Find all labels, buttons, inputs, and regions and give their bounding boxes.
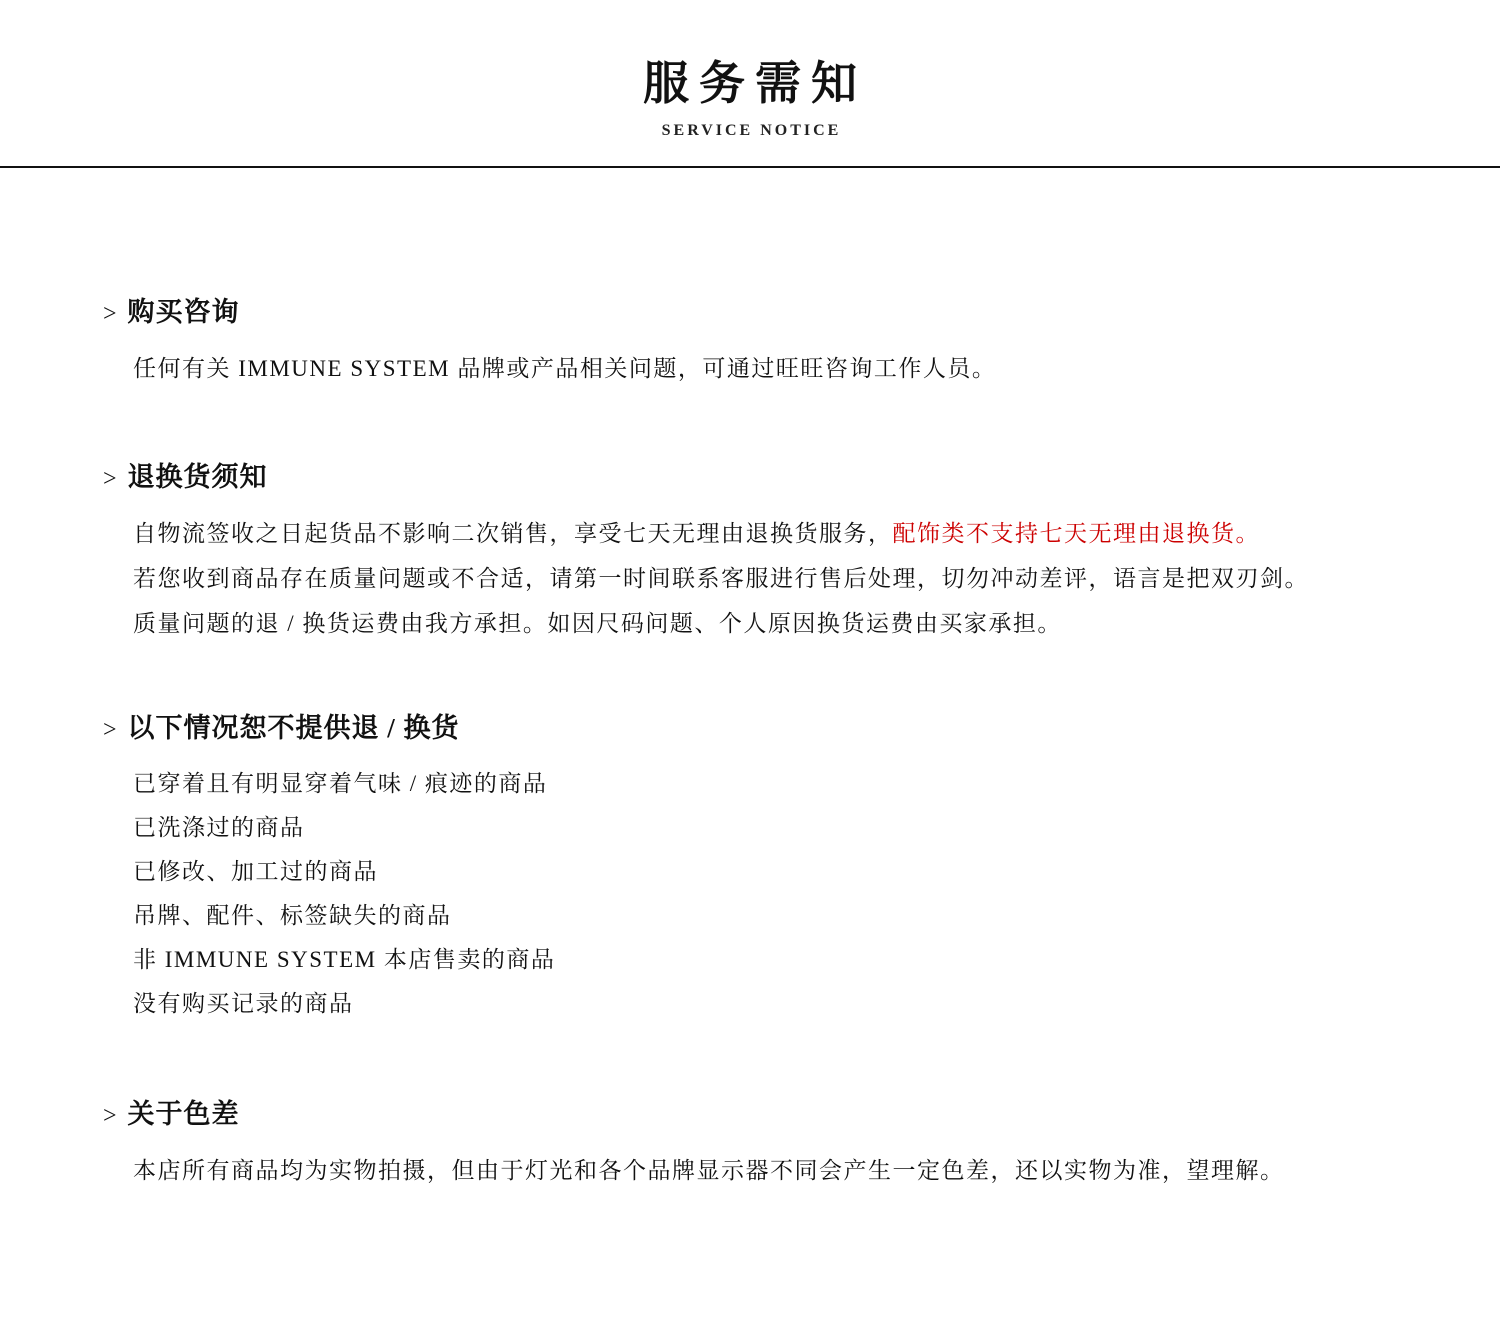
- text-line: 已修改、加工过的商品: [133, 850, 1410, 894]
- section-lines: 自物流签收之日起货品不影响二次销售，享受七天无理由退换货服务，配饰类不支持七天无…: [133, 511, 1410, 646]
- text-line: 已洗涤过的商品: [133, 806, 1410, 850]
- page-subtitle: SERVICE NOTICE: [0, 121, 1500, 140]
- text-line: 若您收到商品存在质量问题或不合适，请第一时间联系客服进行售后处理，切勿冲动差评，…: [133, 556, 1410, 601]
- heading-text: 关于色差: [128, 1096, 240, 1132]
- heading-text: 购买咨询: [128, 294, 240, 330]
- text-segment: 非 IMMUNE SYSTEM 本店售卖的商品: [133, 947, 555, 972]
- text-segment: 吊牌、配件、标签缺失的商品: [133, 903, 452, 928]
- heading-marker: >: [103, 461, 118, 497]
- section-about-color-difference: >关于色差本店所有商品均为实物拍摄，但由于灯光和各个品牌显示器不同会产生一定色差…: [103, 1096, 1410, 1193]
- text-line: 非 IMMUNE SYSTEM 本店售卖的商品: [133, 938, 1410, 982]
- text-line: 吊牌、配件、标签缺失的商品: [133, 894, 1410, 938]
- text-line: 没有购买记录的商品: [133, 982, 1410, 1026]
- page-title: 服务需知: [0, 56, 1500, 111]
- text-segment: 自物流签收之日起货品不影响二次销售，享受七天无理由退换货服务，: [133, 521, 893, 546]
- text-segment: 没有购买记录的商品: [133, 991, 354, 1016]
- text-segment: 质量问题的退 / 换货运费由我方承担。如因尺码问题、个人原因换货运费由买家承担。: [133, 611, 1062, 636]
- sections-container: >购买咨询任何有关 IMMUNE SYSTEM 品牌或产品相关问题，可通过旺旺咨…: [0, 294, 1500, 1193]
- heading-marker: >: [103, 296, 118, 332]
- text-line: 任何有关 IMMUNE SYSTEM 品牌或产品相关问题，可通过旺旺咨询工作人员…: [133, 346, 1410, 391]
- text-segment: 若您收到商品存在质量问题或不合适，请第一时间联系客服进行售后处理，切勿冲动差评，…: [133, 566, 1309, 591]
- heading-text: 退换货须知: [128, 459, 268, 495]
- header: 服务需知 SERVICE NOTICE: [0, 0, 1500, 168]
- section-heading-about-color-difference: >关于色差: [103, 1096, 1410, 1134]
- text-segment: 任何有关 IMMUNE SYSTEM 品牌或产品相关问题，可通过旺旺咨询工作人员…: [133, 356, 996, 381]
- section-heading-purchase-consult: >购买咨询: [103, 294, 1410, 332]
- section-lines: 本店所有商品均为实物拍摄，但由于灯光和各个品牌显示器不同会产生一定色差，还以实物…: [133, 1148, 1410, 1193]
- section-return-exchange-notice: >退换货须知自物流签收之日起货品不影响二次销售，享受七天无理由退换货服务，配饰类…: [103, 459, 1410, 646]
- text-segment: 已洗涤过的商品: [133, 815, 305, 840]
- section-no-return-cases: >以下情况恕不提供退 / 换货已穿着且有明显穿着气味 / 痕迹的商品已洗涤过的商…: [103, 710, 1410, 1026]
- service-notice-page: 服务需知 SERVICE NOTICE >购买咨询任何有关 IMMUNE SYS…: [0, 0, 1500, 1317]
- text-segment: 已穿着且有明显穿着气味 / 痕迹的商品: [133, 771, 547, 796]
- heading-text: 以下情况恕不提供退 / 换货: [128, 710, 460, 746]
- heading-marker: >: [103, 1098, 118, 1134]
- heading-marker: >: [103, 712, 118, 748]
- text-line: 质量问题的退 / 换货运费由我方承担。如因尺码问题、个人原因换货运费由买家承担。: [133, 601, 1410, 646]
- section-lines: 任何有关 IMMUNE SYSTEM 品牌或产品相关问题，可通过旺旺咨询工作人员…: [133, 346, 1410, 391]
- section-purchase-consult: >购买咨询任何有关 IMMUNE SYSTEM 品牌或产品相关问题，可通过旺旺咨…: [103, 294, 1410, 391]
- text-segment: 已修改、加工过的商品: [133, 859, 378, 884]
- section-lines: 已穿着且有明显穿着气味 / 痕迹的商品已洗涤过的商品已修改、加工过的商品吊牌、配…: [133, 762, 1410, 1026]
- highlighted-text-segment: 配饰类不支持七天无理由退换货。: [893, 521, 1261, 546]
- text-line: 已穿着且有明显穿着气味 / 痕迹的商品: [133, 762, 1410, 806]
- section-heading-return-exchange-notice: >退换货须知: [103, 459, 1410, 497]
- text-line: 自物流签收之日起货品不影响二次销售，享受七天无理由退换货服务，配饰类不支持七天无…: [133, 511, 1410, 556]
- text-line: 本店所有商品均为实物拍摄，但由于灯光和各个品牌显示器不同会产生一定色差，还以实物…: [133, 1148, 1410, 1193]
- section-heading-no-return-cases: >以下情况恕不提供退 / 换货: [103, 710, 1410, 748]
- header-divider: [0, 166, 1500, 168]
- text-segment: 本店所有商品均为实物拍摄，但由于灯光和各个品牌显示器不同会产生一定色差，还以实物…: [133, 1158, 1285, 1183]
